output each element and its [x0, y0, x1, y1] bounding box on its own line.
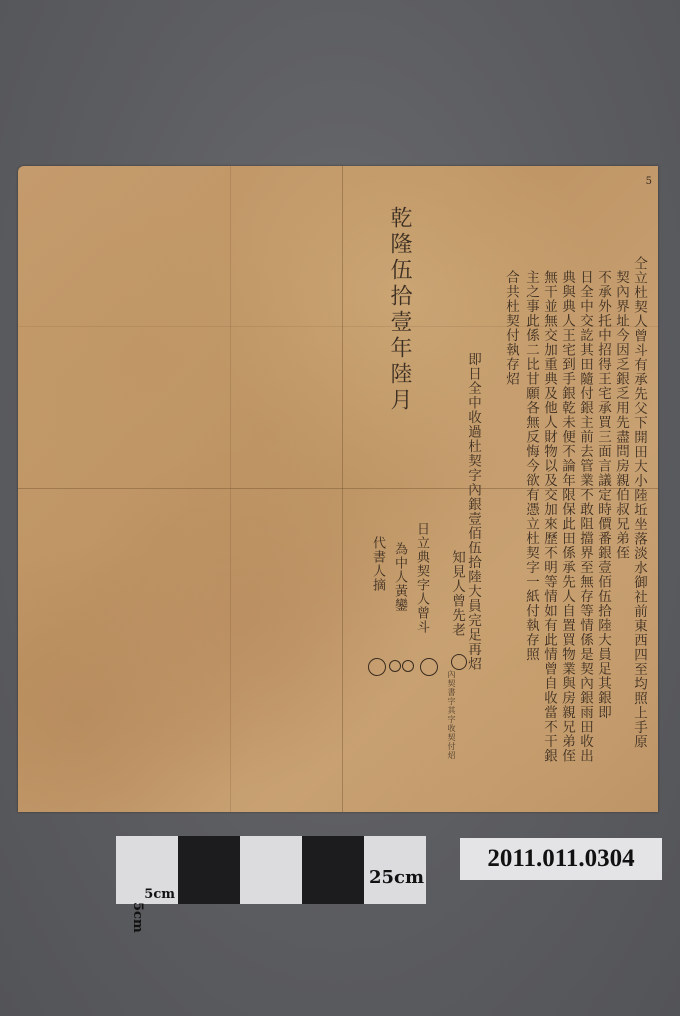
historical-land-deed-paper: 5 乾隆伍拾壹年陸月 仝立杜契人曾斗有承先父下開田大小陸坵坐落淡水御社前東西四至… [18, 166, 658, 812]
witness-column: 知見人曾先老 [450, 550, 464, 637]
fold-line-vertical-left [230, 166, 231, 812]
middleman-seal-2 [389, 660, 401, 672]
middleman-seal [402, 660, 414, 672]
scale-label-25cm: 25cm [369, 867, 424, 888]
body-column-2: 契內界址今因乏銀乏用先盡問房親伯叔兄弟侄 [614, 270, 628, 560]
body-column-8: 合共杜契付執存炤 [504, 270, 518, 386]
fold-line-vertical [342, 166, 343, 812]
scale-segment-black-1 [178, 836, 240, 904]
scribe-seal [368, 658, 386, 676]
signatory-middleman: 為中人黃鑾 [390, 542, 409, 612]
scale-segment-white-3: 25cm [364, 836, 426, 904]
page-number-mark: 5 [646, 176, 652, 187]
signatory-seller: 日立典契字人曾斗 [412, 522, 431, 634]
date-title-column: 乾隆伍拾壹年陸月 [384, 206, 415, 414]
scale-segment-white-1: 5cm 5cm [116, 836, 178, 904]
receipt-column: 即日全中收過杜契字內銀壹佰伍拾陸大員完足再炤 [466, 352, 480, 671]
scale-label-5cm: 5cm [144, 887, 175, 902]
body-column-6: 無干並無交加重典及他人財物以及交加來歷不明等情如有此情曾自收當不干銀 [542, 270, 556, 763]
body-column-4: 日全中交訖其田隨付銀主前去管業不敢阻擋界至無存等情係是契內銀雨田收出 [578, 270, 592, 763]
scale-segment-black-2 [302, 836, 364, 904]
color-scale-bar: 5cm 5cm 25cm [116, 836, 426, 904]
body-column-7: 主之事此係二比甘願各無反悔今欲有憑立杜契字一紙付執存照 [524, 270, 538, 662]
body-column-5: 典與典人王宅到手銀乾未便不論年限保此田係承先人自置買物業與房親兄弟侄 [560, 270, 574, 763]
accession-number-label: 2011.011.0304 [460, 838, 662, 880]
seller-seal [420, 658, 438, 676]
body-column-1: 仝立杜契人曾斗有承先父下開田大小陸坵坐落淡水御社前東西四至均照上手原 [632, 256, 646, 749]
small-annotation: 內契書字其字收契付炤 [446, 670, 457, 760]
scale-segment-white-2 [240, 836, 302, 904]
witness-seal-mark [451, 654, 467, 670]
scale-label-vertical: 5cm [130, 902, 145, 933]
body-column-3: 不承外托中招得王宅承買三面言議定時價番銀壹佰伍拾陸大員足其銀即 [596, 270, 610, 720]
signatory-scribe: 代書人摘 [368, 536, 387, 592]
